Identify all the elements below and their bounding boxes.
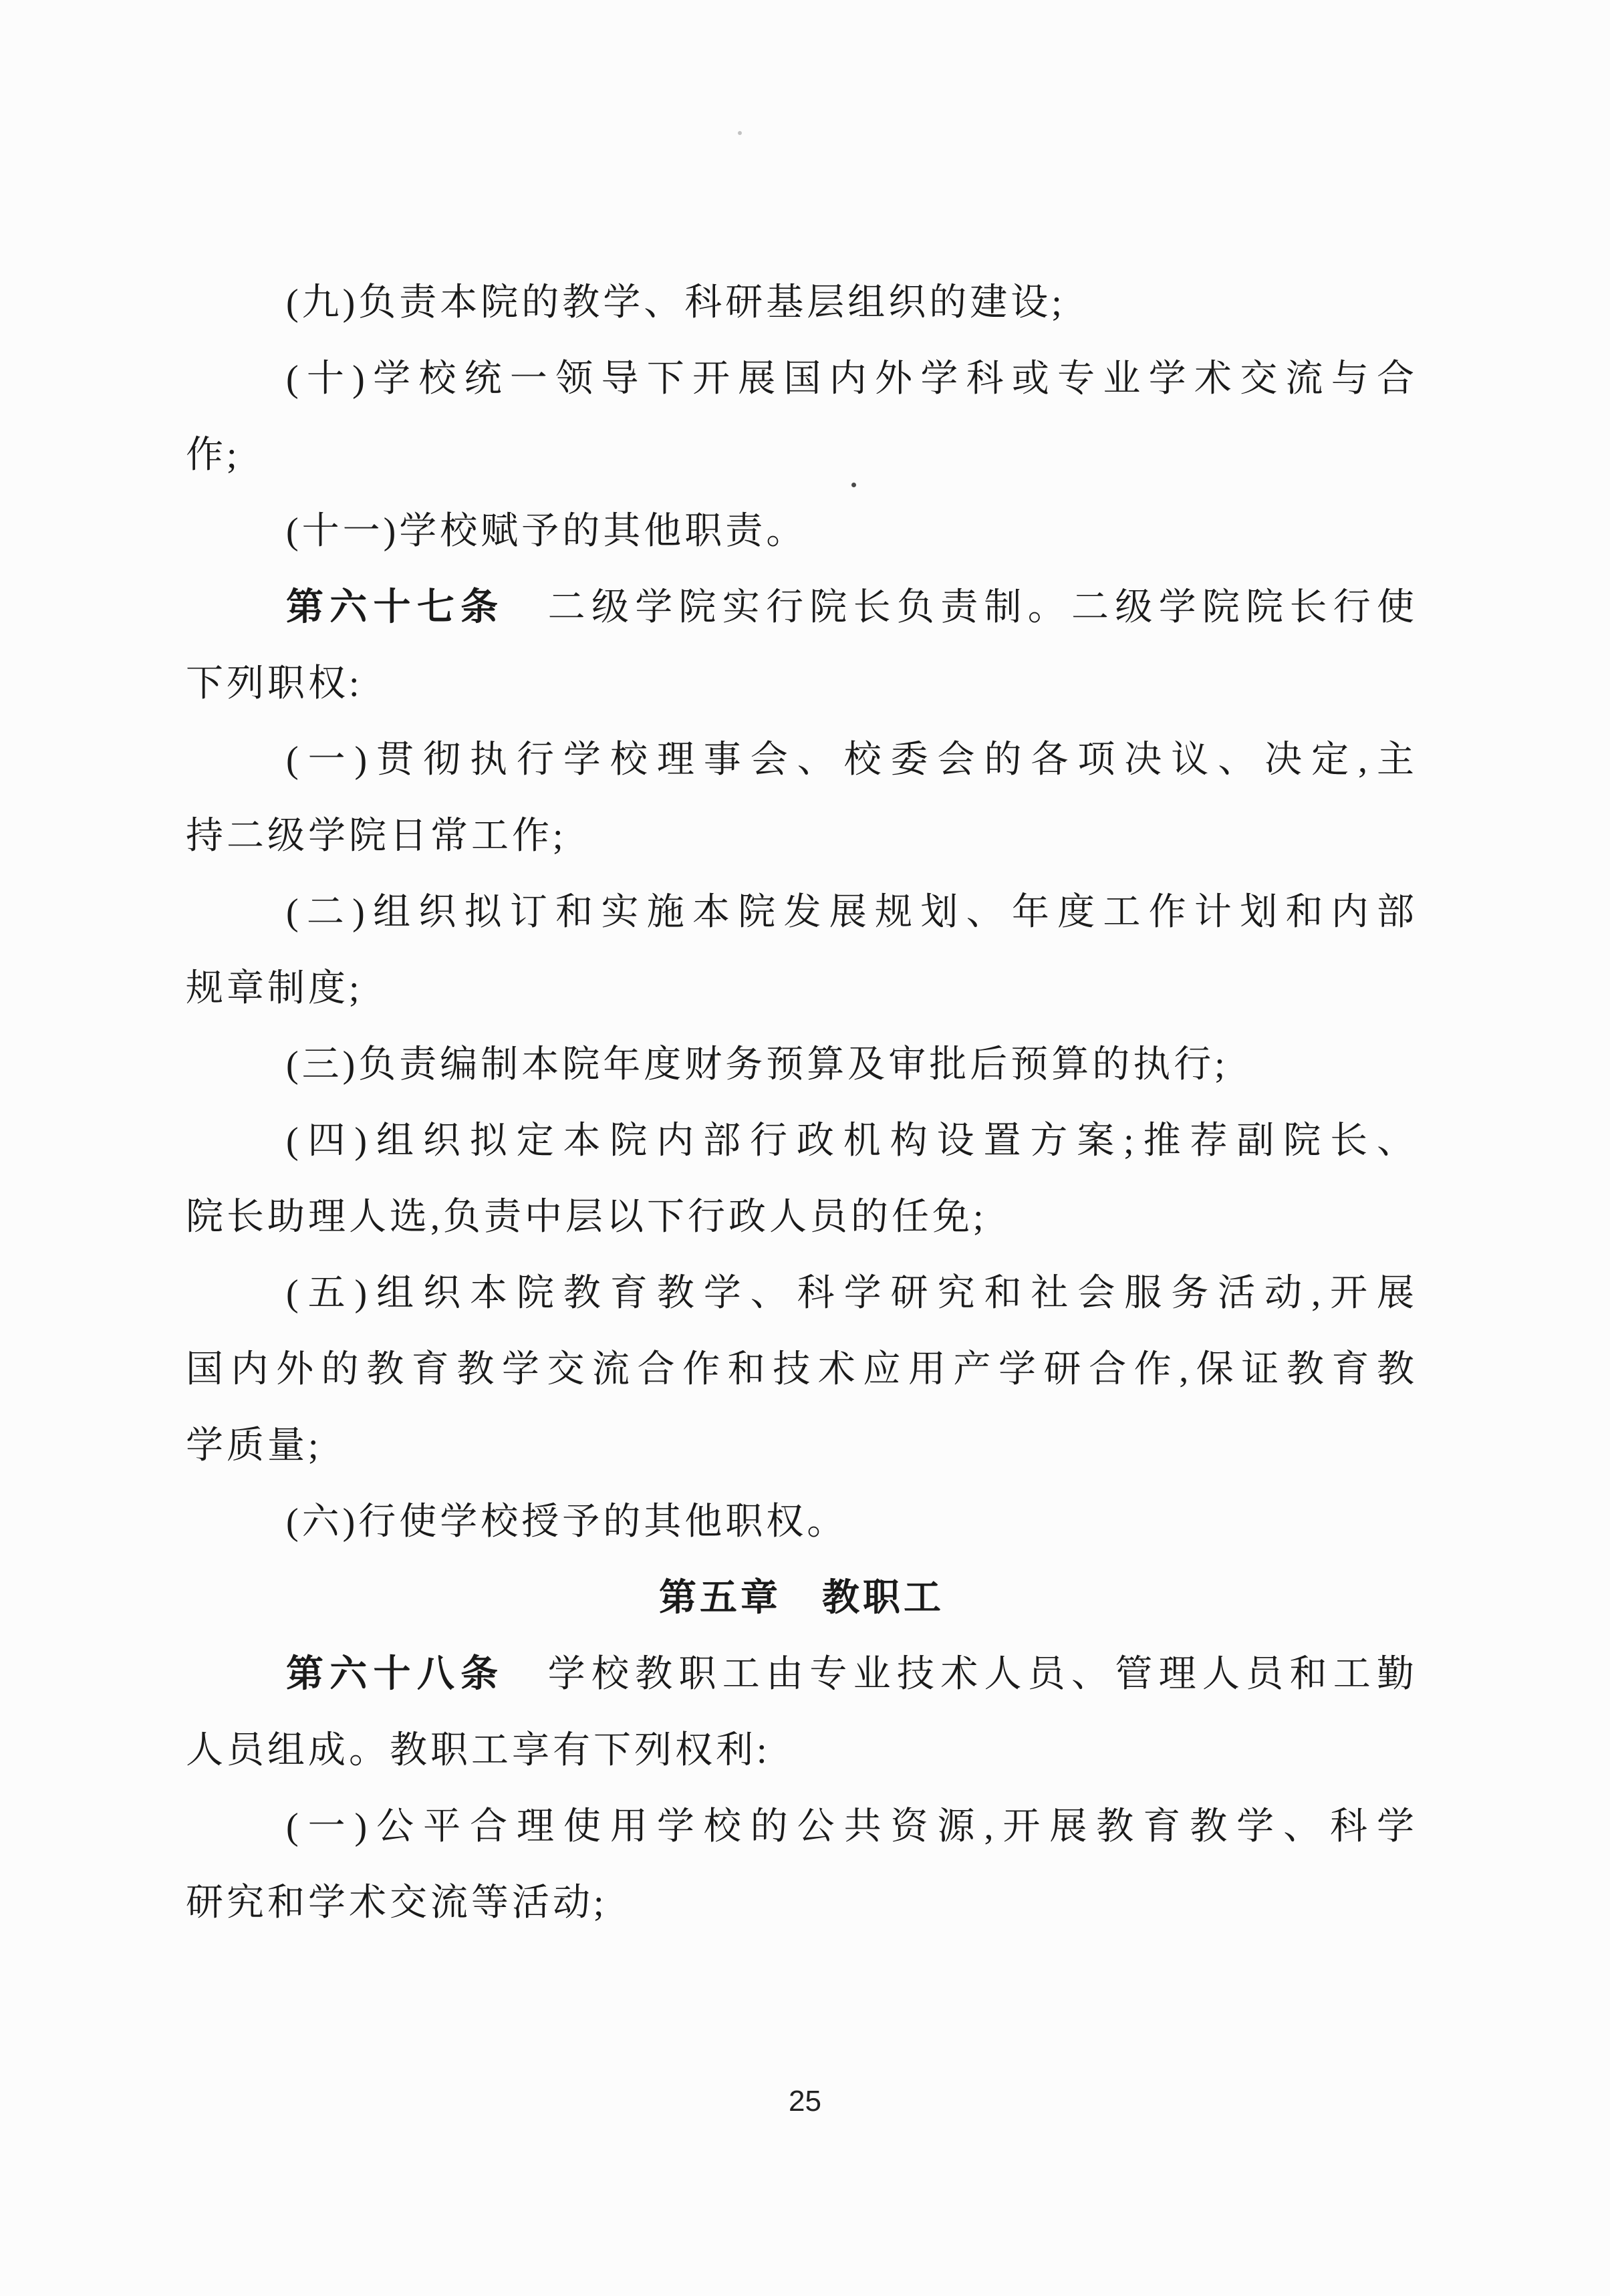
document-line: (九)负责本院的教学、科研基层组织的建设; (186, 265, 1418, 341)
line-text: (十)学校统一领导下开展国内外学科或专业学术交流与合 (286, 358, 1418, 400)
line-text: (五)组织本院教育教学、科学研究和社会服务活动,开展 (286, 1273, 1418, 1314)
page-number: 25 (0, 2085, 1610, 2118)
scan-speck-top (738, 131, 742, 135)
line-text: 人员组成。教职工享有下列权利: (186, 1730, 771, 1771)
document-line: 规章制度; (186, 950, 1418, 1027)
line-text: 研究和学术交流等活动; (186, 1882, 608, 1924)
line-text: 作; (186, 434, 241, 476)
line-text: 学校教职工由专业技术人员、管理人员和工勤 (504, 1654, 1418, 1695)
document-line: 院长助理人选,负责中层以下行政人员的任免; (186, 1179, 1418, 1255)
line-text: (一)公平合理使用学校的公共资源,开展教育教学、科学 (286, 1806, 1418, 1847)
document-line: 学质量; (186, 1408, 1418, 1484)
document-line: (一)贯彻执行学校理事会、校委会的各项决议、决定,主 (186, 722, 1418, 798)
line-text: 下列职权: (186, 663, 363, 705)
document-line: 作; (186, 417, 1418, 493)
line-text: 学质量; (186, 1425, 322, 1466)
line-text: (六)行使学校授予的其他职权。 (286, 1501, 847, 1543)
line-text: (九)负责本院的教学、科研基层组织的建设; (286, 282, 1065, 324)
document-line-article-68: 第六十八条 学校教职工由专业技术人员、管理人员和工勤 (186, 1636, 1418, 1712)
line-text: 院长助理人选,负责中层以下行政人员的任免; (186, 1196, 987, 1238)
article-number: 第六十八条 (286, 1654, 504, 1695)
document-line: (六)行使学校授予的其他职权。 (186, 1484, 1418, 1560)
chapter-heading-text: 第五章 教职工 (659, 1577, 944, 1619)
document-line: (三)负责编制本院年度财务预算及审批后预算的执行; (186, 1027, 1418, 1103)
line-text: (四)组织拟定本院内部行政机构设置方案;推荐副院长、 (286, 1120, 1418, 1162)
line-text: (一)贯彻执行学校理事会、校委会的各项决议、决定,主 (286, 739, 1418, 781)
document-line: 持二级学院日常工作; (186, 798, 1418, 874)
line-text: (三)负责编制本院年度财务预算及审批后预算的执行; (286, 1044, 1228, 1086)
line-text: 国内外的教育教学交流合作和技术应用产学研合作,保证教育教 (186, 1349, 1418, 1390)
document-page: { "page": { "number": "25", "background"… (0, 0, 1610, 2296)
document-line: 人员组成。教职工享有下列权利: (186, 1712, 1418, 1789)
document-line: (十)学校统一领导下开展国内外学科或专业学术交流与合 (186, 341, 1418, 417)
document-line: 国内外的教育教学交流合作和技术应用产学研合作,保证教育教 (186, 1331, 1418, 1408)
line-text: 持二级学院日常工作; (186, 815, 567, 857)
document-text-block: (九)负责本院的教学、科研基层组织的建设; (十)学校统一领导下开展国内外学科或… (186, 265, 1418, 1941)
chapter-heading: 第五章 教职工 (186, 1560, 1418, 1636)
document-line-article-67: 第六十七条 二级学院实行院长负责制。二级学院院长行使 (186, 569, 1418, 646)
line-text: 二级学院实行院长负责制。二级学院院长行使 (504, 587, 1418, 628)
article-number: 第六十七条 (286, 587, 504, 628)
document-line: 研究和学术交流等活动; (186, 1865, 1418, 1941)
line-text: (十一)学校赋予的其他职责。 (286, 511, 807, 552)
document-line: 下列职权: (186, 646, 1418, 722)
document-line: (四)组织拟定本院内部行政机构设置方案;推荐副院长、 (186, 1103, 1418, 1179)
document-line: (五)组织本院教育教学、科学研究和社会服务活动,开展 (186, 1255, 1418, 1331)
document-line: (一)公平合理使用学校的公共资源,开展教育教学、科学 (186, 1789, 1418, 1865)
line-text: 规章制度; (186, 968, 363, 1009)
document-line: (二)组织拟订和实施本院发展规划、年度工作计划和内部 (186, 874, 1418, 950)
line-text: (二)组织拟订和实施本院发展规划、年度工作计划和内部 (286, 892, 1418, 933)
document-line: (十一)学校赋予的其他职责。 (186, 493, 1418, 569)
